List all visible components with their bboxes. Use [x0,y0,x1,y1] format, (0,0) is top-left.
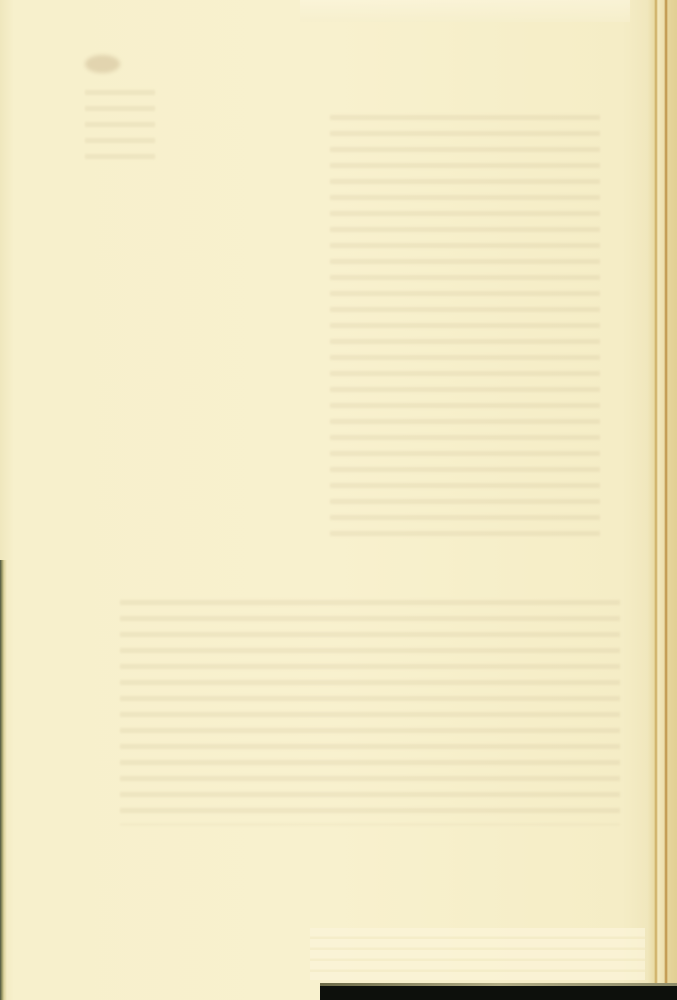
ink-blot [85,55,120,73]
bleed-through-block-lower [120,600,620,825]
bleed-through-block-upper [330,115,600,545]
top-light-band [300,0,630,22]
blank-book-page [0,0,655,1000]
bleed-through-block-top [85,90,155,160]
bottom-light-band [310,928,645,980]
right-page-edge [648,0,677,1000]
scanner-bottom-shadow [320,986,677,1000]
left-page-edge [0,560,7,1000]
